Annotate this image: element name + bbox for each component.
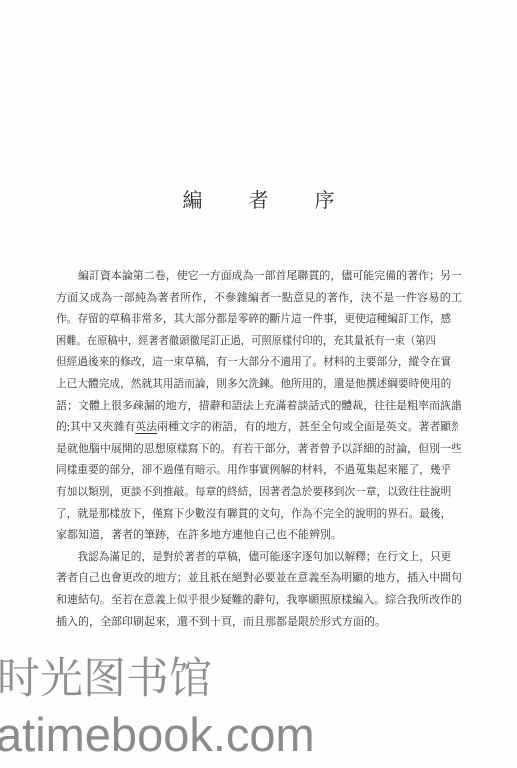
text-segment: 的;其中又夾雜有 bbox=[56, 421, 135, 433]
text-segment: 兩種文字的術語，有的地方，甚至全句或全面是英文。著者顯然 bbox=[157, 421, 458, 433]
text-line: 上已大體完成，然就其用語而論，則多欠洗鍊。他所用的，還是他撰述綱要時使用的用 bbox=[56, 374, 450, 396]
text-line: 家都知道，著者的筆跡，在許多地方連他自己也不能辨別。 bbox=[56, 525, 462, 547]
text-line: 但經過後來的修改，這一束草稿，有一大部分不適用了。材料的主要部分，縱令在實質 bbox=[56, 352, 450, 374]
text-line: 有加以類別，更談不到推敲。每章的終結，因著者急於要移到次一章，以致往往說明未 bbox=[56, 482, 450, 504]
text-segment: 有加以類別，更談不到推敲。每章的終結，因著者急於要移到次一章，以致往往說明未 bbox=[56, 486, 450, 498]
text-segment: 編訂資本論第二卷，使它一方面成為一部首尾聯貫的，儘可能完備的著作；另一 bbox=[78, 270, 461, 282]
text-line: 是就他腦中展開的思想原樣寫下的。有若干部分，著者曾予以詳細的討論，但別一些 bbox=[56, 439, 461, 461]
text-line: 插入的，全部印刷起來，還不到十頁，而且那都是限於形式方面的。 bbox=[56, 612, 462, 634]
text-segment: 和連結句。至若在意義上似乎很少疑難的辭句，我寧願照原樣編入。綜合我所改作的 bbox=[56, 594, 461, 606]
text-line: 作。存留的草稿非常多，其大部分都是零碎的斷片這一件事，更使這種編訂工作，感到 bbox=[56, 309, 450, 331]
text-segment: 插入的，全部印刷起來，還不到十頁，而且那都是限於形式方面的。 bbox=[56, 616, 386, 628]
text-segment: 了，就是那樣放下，僅寫下少數沒有聯貫的文句，作為不完全的說明的界石。最後，大 bbox=[56, 508, 450, 520]
text-line: 方面又成為一部純為著者所作，不參雜編者一點意見的著作，決不是一件容易的工 bbox=[56, 288, 462, 310]
text-line: 我認為滿足的，是對於著者的草稿，儘可能逐字逐句加以解釋；在行文上，只更改 bbox=[56, 547, 450, 569]
text-segment: 家都知道，著者的筆跡，在許多地方連他自己也不能辨別。 bbox=[56, 529, 342, 541]
text-segment: 我認為滿足的，是對於著者的草稿，儘可能逐字逐句加以解釋；在行文上，只更改 bbox=[77, 551, 450, 563]
text-segment: 方面又成為一部純為著者所作，不參雜編者一點意見的著作，決不是一件容易的工 bbox=[56, 292, 462, 304]
text-segment: 困難。在原稿中，經著者徹頭徹尾訂正過，可照原樣付印的，充其量祇有一束（第四稿）。 bbox=[56, 335, 435, 347]
body-text: 編訂資本論第二卷，使它一方面成為一部首尾聯貫的，儘可能完備的著作；另一方面又成為… bbox=[56, 266, 462, 633]
chapter-title: 編者序 bbox=[183, 184, 381, 213]
text-segment: 語；文體上很多疎漏的地方，措辭和語法上充滿着談話式的體裁，往往是粗率而詼諧 bbox=[56, 400, 461, 412]
watermark-library-name: 时光图书馆 bbox=[0, 656, 212, 703]
text-line: 困難。在原稿中，經著者徹頭徹尾訂正過，可照原樣付印的，充其量祇有一束（第四稿）。 bbox=[56, 331, 435, 353]
text-segment: 同樣重要的部分，卻不過僅有暗示。用作事實例解的材料，不過蒐集起來罷了，幾乎沒 bbox=[56, 464, 450, 476]
text-segment: 作。存留的草稿非常多，其大部分都是零碎的斷片這一件事，更使這種編訂工作，感到 bbox=[56, 313, 450, 325]
watermark-website-url: atimebook.com bbox=[0, 710, 315, 759]
text-segment: 但經過後來的修改，這一束草稿，有一大部分不適用了。材料的主要部分，縱令在實質 bbox=[56, 356, 450, 368]
text-segment: 著者自己也會更改的地方；並且祇在絕對必要並在意義至為明顯的地方，插入中間句 bbox=[56, 572, 461, 584]
text-line: 語；文體上很多疎漏的地方，措辭和語法上充滿着談話式的體裁，往往是粗率而詼諧 bbox=[56, 396, 461, 418]
text-line: 著者自己也會更改的地方；並且祇在絕對必要並在意義至為明顯的地方，插入中間句 bbox=[56, 568, 461, 590]
text-line: 的;其中又夾雜有英法兩種文字的術語，有的地方，甚至全句或全面是英文。著者顯然 bbox=[56, 417, 458, 439]
paragraph: 我認為滿足的，是對於著者的草稿，儘可能逐字逐句加以解釋；在行文上，只更改著者自己… bbox=[56, 547, 462, 633]
text-segment: 是就他腦中展開的思想原樣寫下的。有若干部分，著者曾予以詳細的討論，但別一些 bbox=[56, 443, 461, 455]
text-line: 和連結句。至若在意義上似乎很少疑難的辭句，我寧願照原樣編入。綜合我所改作的 bbox=[56, 590, 461, 612]
text-line: 編訂資本論第二卷，使它一方面成為一部首尾聯貫的，儘可能完備的著作；另一 bbox=[56, 266, 461, 288]
chapter-title-row: 編者序 bbox=[0, 184, 517, 213]
proper-noun-underline: 英法 bbox=[135, 421, 157, 433]
scanned-book-page: 編者序 編訂資本論第二卷，使它一方面成為一部首尾聯貫的，儘可能完備的著作；另一方… bbox=[0, 0, 517, 768]
paragraph: 編訂資本論第二卷，使它一方面成為一部首尾聯貫的，儘可能完備的著作；另一方面又成為… bbox=[56, 266, 462, 547]
text-line: 同樣重要的部分，卻不過僅有暗示。用作事實例解的材料，不過蒐集起來罷了，幾乎沒 bbox=[56, 460, 450, 482]
text-segment: 上已大體完成，然就其用語而論，則多欠洗鍊。他所用的，還是他撰述綱要時使用的用 bbox=[56, 378, 450, 390]
text-line: 了，就是那樣放下，僅寫下少數沒有聯貫的文句，作為不完全的說明的界石。最後，大 bbox=[56, 504, 450, 526]
